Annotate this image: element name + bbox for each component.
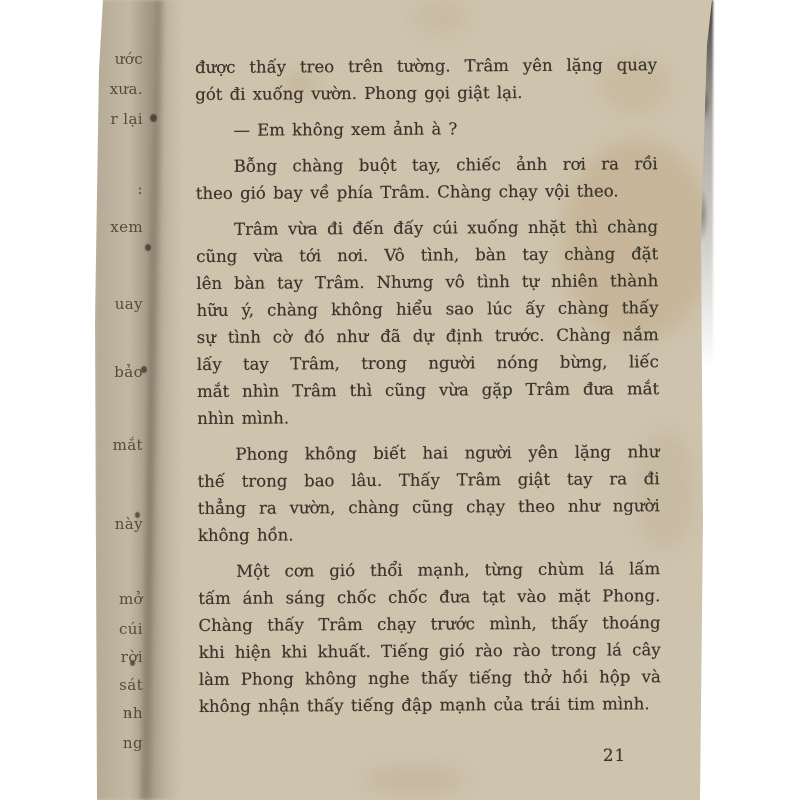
gutter-text-fragment: sát xyxy=(97,676,143,694)
text-line: cũng vừa tới nơi. Vô tình, bàn tay chàng… xyxy=(196,240,658,270)
gutter-text-fragment: rời xyxy=(97,648,143,666)
text-line: nhìn mình. xyxy=(197,402,659,432)
paragraph: Một cơn gió thổi mạnh, từng chùm lá lấmt… xyxy=(198,555,661,720)
text-line: theo gió bay về phía Trâm. Chàng chạy vộ… xyxy=(196,177,658,207)
gutter-text-fragment: này xyxy=(97,515,143,533)
gutter-text-fragment: xưa. xyxy=(97,80,143,98)
paragraph: Phong không biết hai người yên lặng nhưt… xyxy=(197,438,660,549)
gutter-text-fragment: cúi xyxy=(97,620,143,638)
text-line: thế trong bao lâu. Thấy Trâm giật tay ra… xyxy=(198,465,660,495)
binding-hole-speck xyxy=(150,114,157,122)
paper-surface: ướcxưa.r lại:xemuaybảomắtnàymởcúirờisátn… xyxy=(95,0,715,800)
paragraph: Trâm vừa đi đến đấy cúi xuống nhặt thì c… xyxy=(196,213,659,432)
text-line: Phong không biết hai người yên lặng như xyxy=(197,438,659,468)
text-line: sự tình cờ đó như đã dự định trước. Chàn… xyxy=(197,321,659,351)
text-line: Một cơn gió thổi mạnh, từng chùm lá lấm xyxy=(198,555,660,585)
text-line: Bỗng chàng buột tay, chiếc ảnh rơi ra rồ… xyxy=(196,150,658,180)
page-number: 21 xyxy=(603,746,626,765)
paragraph: được thấy treo trên tường. Trâm yên lặng… xyxy=(195,51,657,108)
text-line: gót đi xuống vườn. Phong gọi giật lại. xyxy=(195,78,657,108)
gutter-text-fragment: : xyxy=(97,180,143,198)
gutter-text-fragment: uay xyxy=(97,295,143,313)
gutter-text-fragment: mở xyxy=(97,590,143,608)
text-line: Trâm vừa đi đến đấy cúi xuống nhặt thì c… xyxy=(196,213,658,243)
text-line: lấy tay Trâm, trong người nóng bừng, liế… xyxy=(197,348,659,378)
paragraph: Bỗng chàng buột tay, chiếc ảnh rơi ra rồ… xyxy=(196,150,658,207)
text-line: — Em không xem ảnh à ? xyxy=(195,114,657,144)
paragraph: — Em không xem ảnh à ? xyxy=(195,114,657,144)
gutter-text-fragment: mắt xyxy=(97,436,143,454)
text-block: được thấy treo trên tường. Trâm yên lặng… xyxy=(195,51,661,720)
text-line: làm Phong không nghe thấy tiếng thở hồi … xyxy=(199,663,661,693)
text-line: được thấy treo trên tường. Trâm yên lặng… xyxy=(195,51,657,81)
text-line: khi hiện khi khuất. Tiếng gió rào rào tr… xyxy=(199,636,661,666)
gutter-text-fragment: ước xyxy=(97,50,143,68)
text-line: hữu ý, chàng không hiểu sao lúc ấy chàng… xyxy=(196,294,658,324)
text-line: tấm ánh sáng chốc chốc đưa tạt vào mặt P… xyxy=(198,582,660,612)
gutter-text-fragment: ng xyxy=(97,734,143,752)
text-line: mắt nhìn Trâm thì cũng vừa gặp Trâm đưa … xyxy=(197,375,659,405)
text-line: Chàng thấy Trâm chạy trước mình, thấy th… xyxy=(198,609,660,639)
paper-stain xyxy=(413,2,469,32)
gutter-text-fragment: bảo xyxy=(97,363,143,381)
scanned-book-photo: ướcxưa.r lại:xemuaybảomắtnàymởcúirờisátn… xyxy=(0,0,800,800)
binding-hole-speck xyxy=(145,244,151,251)
gutter-text-fragment: nh xyxy=(97,704,143,722)
text-line: không hồn. xyxy=(198,519,660,549)
text-line: thẳng ra vườn, chàng cũng chạy theo như … xyxy=(198,492,660,522)
text-line: không nhận thấy tiếng đập mạnh của trái … xyxy=(199,690,661,720)
gutter-text-fragment: r lại xyxy=(97,110,143,128)
gutter-text-fragment: xem xyxy=(97,218,143,236)
paper-stain xyxy=(365,766,465,794)
book-page: ướcxưa.r lại:xemuaybảomắtnàymởcúirờisátn… xyxy=(95,0,715,800)
text-line: lên bàn tay Trâm. Nhưng vô tình tự nhiên… xyxy=(196,267,658,297)
